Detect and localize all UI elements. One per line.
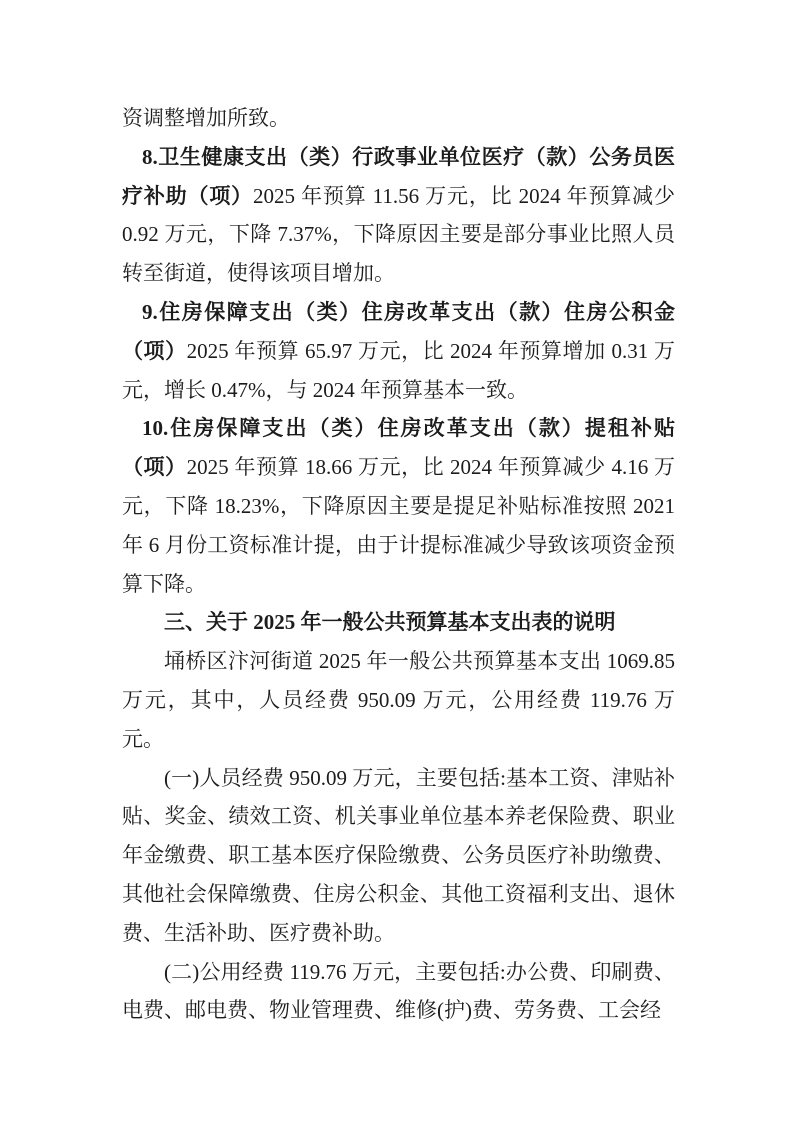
budget-item-10-text: 2025 年预算 18.66 万元，比 2024 年预算减少 4.16 万元，下… — [122, 455, 675, 595]
document-body: 资调整增加所致。 8.卫生健康支出（类）行政事业单位医疗（款）公务员医疗补助（项… — [122, 99, 675, 1030]
budget-item-9-text: 2025 年预算 65.97 万元，比 2024 年预算增加 0.31 万元，增… — [122, 339, 675, 402]
budget-item-8: 8.卫生健康支出（类）行政事业单位医疗（款）公务员医疗补助（项）2025 年预算… — [122, 138, 675, 293]
paragraph-continuation: 资调整增加所致。 — [122, 99, 675, 138]
section-heading: 三、关于 2025 年一般公共预算基本支出表的说明 — [122, 603, 675, 642]
document-page: 资调整增加所致。 8.卫生健康支出（类）行政事业单位医疗（款）公务员医疗补助（项… — [0, 0, 793, 1122]
budget-item-9: 9.住房保障支出（类）住房改革支出（款）住房公积金（项）2025 年预算 65.… — [122, 293, 675, 409]
section-paragraph-personnel-expense: (一)人员经费 950.09 万元，主要包括:基本工资、津贴补贴、奖金、绩效工资… — [122, 759, 675, 953]
section-paragraph-public-expense: (二)公用经费 119.76 万元，主要包括:办公费、印刷费、电费、邮电费、物业… — [122, 953, 675, 1031]
budget-item-10: 10.住房保障支出（类）住房改革支出（款）提租补贴（项）2025 年预算 18.… — [122, 409, 675, 603]
section-paragraph-overview: 埇桥区汴河街道 2025 年一般公共预算基本支出 1069.85 万元，其中，人… — [122, 642, 675, 758]
